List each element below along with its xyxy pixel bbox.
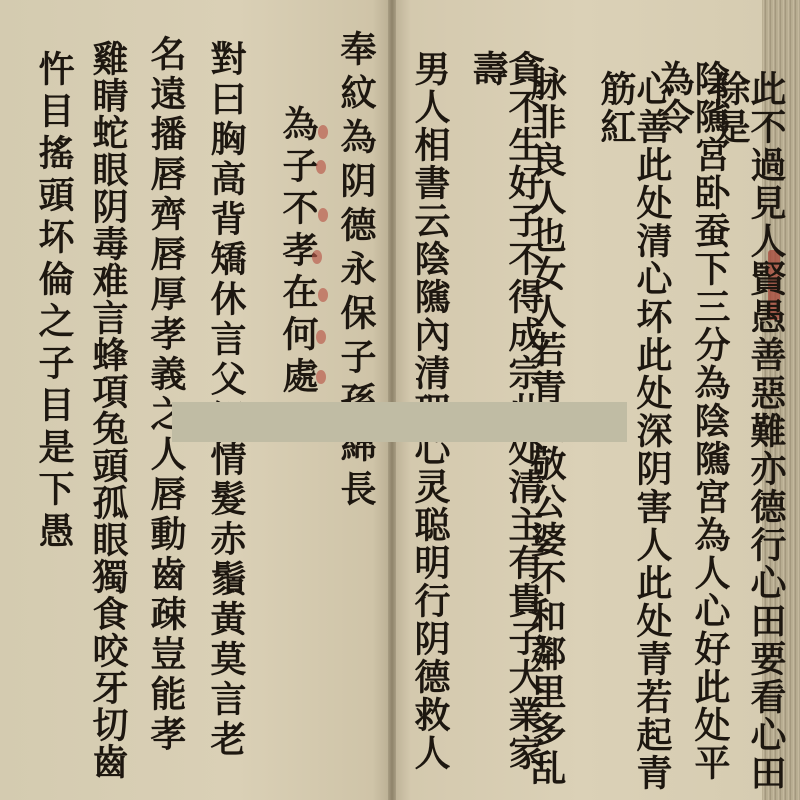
text-column-12: 忤目搖頭坏倫之子目是下愚 (36, 50, 72, 554)
red-annotation-dot (318, 208, 328, 222)
text-column-10: 名遠播唇齊唇厚孝義之人唇動齒疎豈能孝 (148, 35, 184, 755)
red-annotation-dot (316, 160, 326, 174)
red-annotation-dot (318, 288, 328, 302)
text-column-8: 為子不孝在何處 (280, 105, 316, 399)
text-column-11: 雞睛蛇眼阴毒难言蜂項兔頭孤眼獨食咬牙切齒 (90, 40, 126, 780)
red-annotation-dot (316, 330, 326, 344)
red-annotation-dot (312, 250, 322, 264)
text-column-9: 對曰胸高背矯休言父親情髮赤鬚黃莫言老 (208, 40, 244, 760)
book-gutter (388, 0, 396, 800)
redaction-bar (172, 402, 627, 442)
open-manuscript-book: 此不過見人賢愚善惡難亦德行心田要看心田除是 陰隲宮卧蚕下三分為陰隲宮為人心好此处… (0, 0, 800, 800)
red-annotation-dot (316, 370, 326, 384)
red-annotation-dot (318, 125, 328, 139)
